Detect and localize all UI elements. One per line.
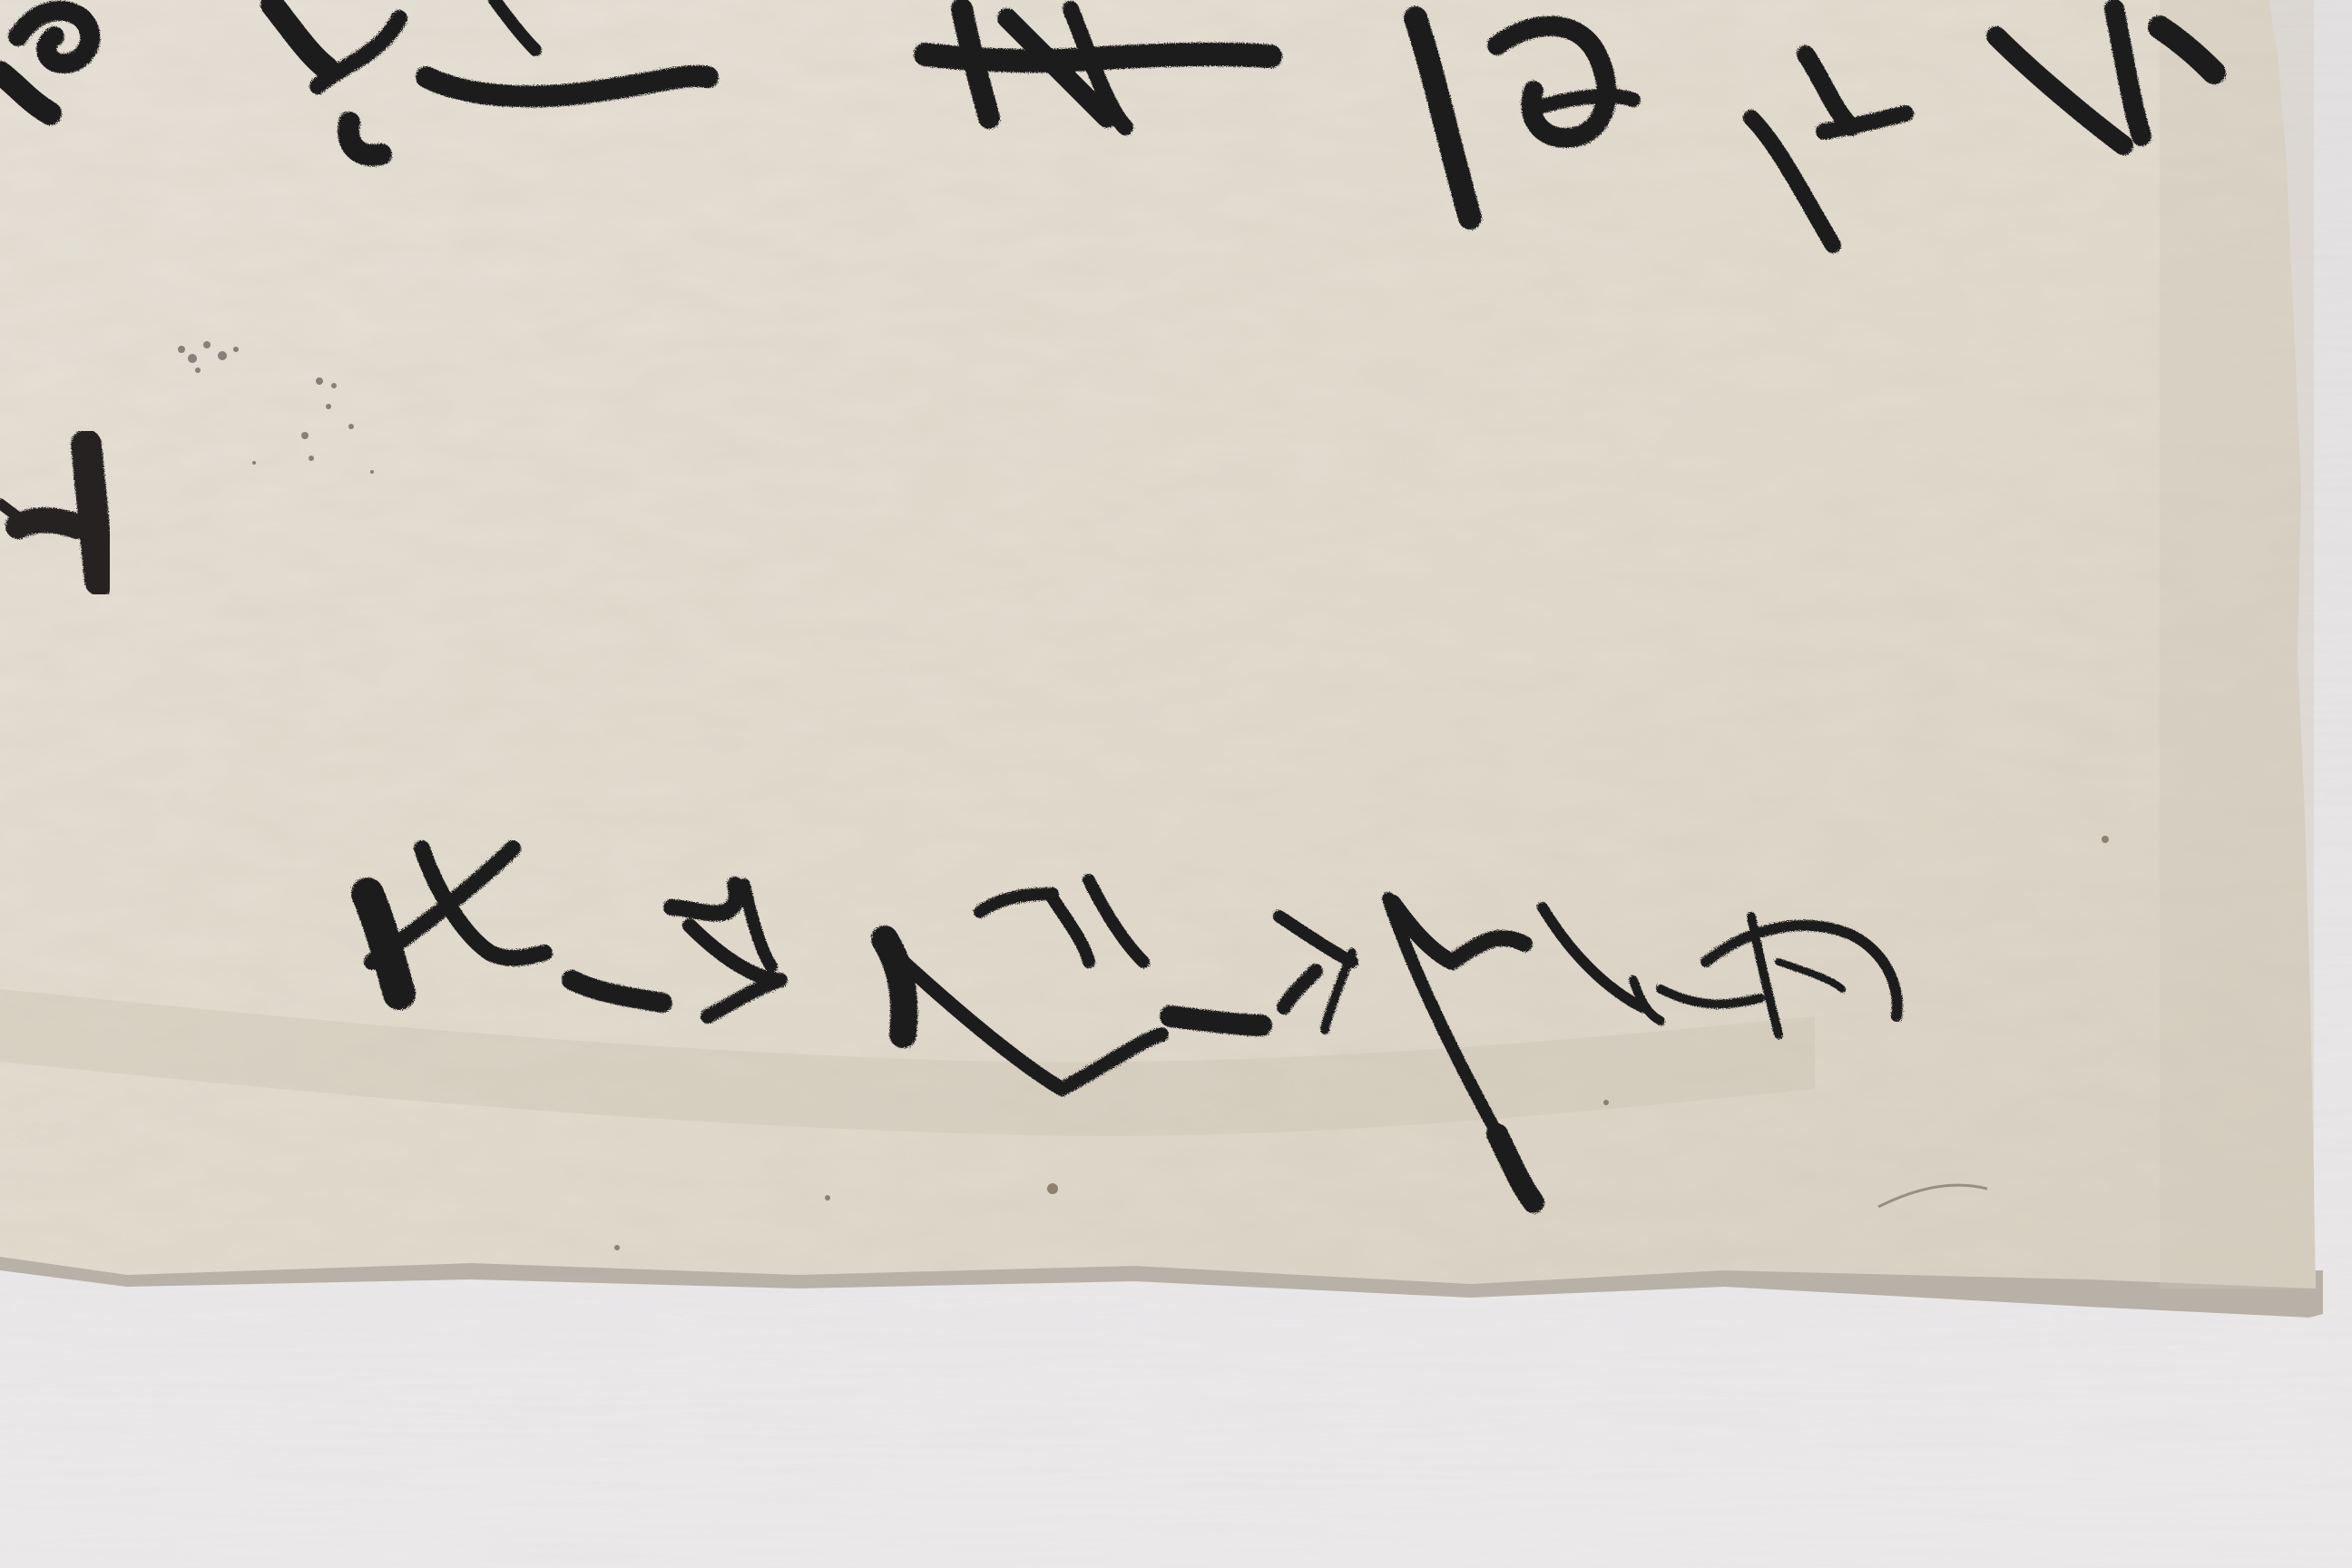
manuscript-photo [0, 0, 2352, 1568]
manuscript-illustration [0, 0, 2352, 1568]
